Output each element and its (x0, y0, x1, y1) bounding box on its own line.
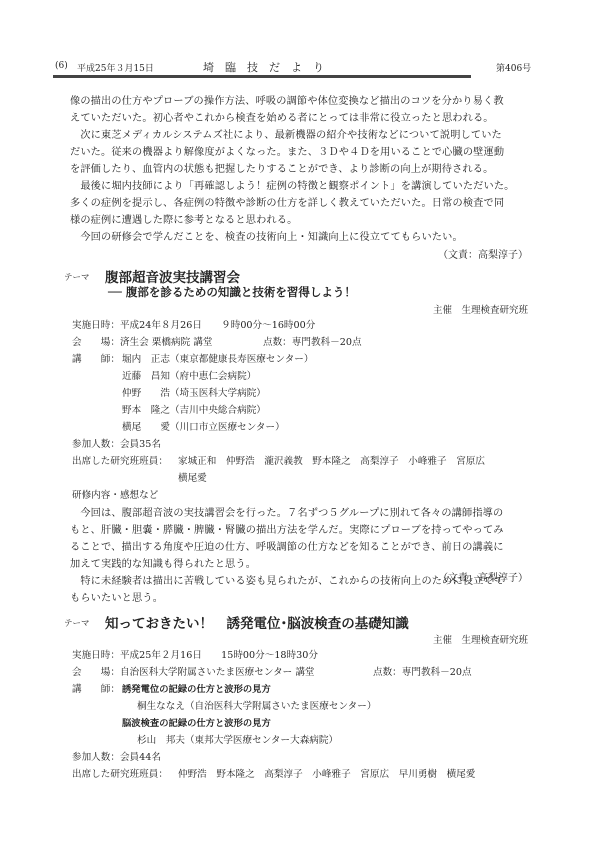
organizer: 主催 生理検査研究班 (433, 302, 528, 316)
date-label: 実施日時： (72, 650, 120, 661)
members-list: 横尾愛 (178, 470, 207, 488)
members-label: 出席した研究班班員： (72, 453, 168, 471)
attendance: 参加人数：会員35名 (72, 436, 161, 454)
venue: 会 場：自治医科大学附属さいたま医療センター 講堂 (72, 664, 315, 682)
lecturer: 横尾 愛（川口市立医療センター） (122, 419, 285, 437)
lecturer: 杉山 邦夫（東邦大学医療センター大森病院） (137, 732, 338, 750)
newsletter-title: 埼 臨 技 だ よ り (203, 59, 324, 75)
date-value: 平成24年８月26日 ９時00分〜16時00分 (120, 320, 315, 331)
attendance: 参加人数：会員44名 (72, 749, 161, 767)
venue-label: 会 場： (72, 337, 120, 348)
members-list: 仲野浩 野本隆之 高梨淳子 小峰雅子 宮原広 早川勇樹 横尾愛 (178, 766, 475, 784)
paragraph-line: えていただいた。初心者やこれから検査を始める者にとっては非常に役立ったと思われる… (70, 110, 494, 127)
lecturer: 堀内 正志（東京都健康長寿医療センター） (122, 351, 314, 369)
author-credit: （文責：高梨淳子） (438, 246, 528, 261)
paragraph-line: を評価したり、血管内の状態も把握したりすることができ、より診断の向上が期待される… (70, 161, 493, 178)
paragraph-line: 加えて実践的な知識も得られたと思う。 (70, 556, 256, 573)
issue-number: 第406号 (496, 61, 531, 74)
lecturer-label: 講 師： (72, 681, 120, 699)
members-label: 出席した研究班班員： (72, 766, 168, 784)
venue: 会 場：済生会 栗橋病院 講堂 (72, 334, 212, 352)
theme-label: テーマ (64, 271, 90, 283)
header-rule (53, 75, 471, 78)
lecturer-label: 講 師： (72, 351, 120, 369)
author-credit: （文責：高梨淳子） (438, 569, 528, 584)
date-value: 平成25年２月16日 15時00分〜18時30分 (120, 650, 318, 661)
paragraph-line: もと、肝臓・胆嚢・膵臓・脾臓・腎臓の描出方法を学んだ。実際にプローブを持ってやっ… (70, 522, 504, 539)
page-number: (6) (55, 61, 68, 71)
credit-points: 点数：専門教科－20点 (263, 334, 362, 352)
paragraph-line: 最後に堀内技師により「再確認しよう！症例の特徴と観察ポイント」を講演していただい… (70, 178, 515, 195)
venue-label: 会 場： (72, 667, 120, 678)
organizer: 主催 生理検査研究班 (433, 632, 528, 646)
paragraph-line: 今回の研修会で学んだことを、検査の技術向上・知識向上に役立ててもらいたい。 (70, 229, 463, 246)
issue-date: 平成25年３月15日 (77, 61, 154, 74)
paragraph-line: 多くの症例を提示し、各症例の特徴や診断の仕方を詳しく教えていただいた。日常の検査… (70, 195, 504, 212)
paragraph-line: 今回は、腹部超音波の実技講習会を行った。７名ずつ５グループに別れて各々の講師指導… (70, 505, 503, 522)
content-label: 研修内容・感想など (72, 487, 158, 505)
paragraph-line: 次に東芝メディカルシステムズ社により、最新機器の紹介や技術などについて説明してい… (70, 127, 502, 144)
lecturer: 近藤 昌知（府中恵仁会病院） (122, 368, 256, 386)
section-title: 腹部超音波実技講習会 (105, 266, 240, 286)
credit-points: 点数：専門教科－20点 (373, 664, 472, 682)
lecturer: 桐生ななえ（自治医科大学附属さいたま医療センター） (137, 698, 376, 716)
lecture-title: 脳波検査の記録の仕方と波形の見方 (122, 715, 271, 733)
paragraph-line: 像の描出の仕方やプローブの操作方法、呼吸の調節や体位変換など描出のコツを分かり易… (70, 93, 504, 110)
section-title: 知っておきたい！ 誘発電位･脳波検査の基礎知識 (105, 612, 409, 632)
event-date: 実施日時：平成24年８月26日 ９時00分〜16時00分 (72, 317, 315, 335)
venue-value: 自治医科大学附属さいたま医療センター 講堂 (120, 667, 315, 678)
members-list: 家城正和 仲野浩 瀧沢義教 野本隆之 高梨淳子 小峰雅子 宮原広 (178, 453, 485, 471)
venue-value: 済生会 栗橋病院 講堂 (120, 337, 212, 348)
paragraph-line: だいた。従来の機器より解像度がよくなった。また、３Ｄや４Ｄを用いることで心臓の壁… (70, 144, 504, 161)
paragraph-line: もらいたいと思う。 (70, 590, 163, 607)
lecturer: 野本 隆之（吉川中央総合病院） (122, 402, 266, 420)
lecture-title: 誘発電位の記録の仕方と波形の見方 (122, 681, 271, 699)
paragraph-line: ることで、描出する角度や圧迫の仕方、呼吸調節の仕方などを知ることができ、前日の講… (70, 539, 504, 556)
theme-label: テーマ (64, 617, 90, 629)
date-label: 実施日時： (72, 320, 120, 331)
section-subtitle: ── 腹部を診るための知識と技術を習得しよう！ (108, 284, 356, 300)
paragraph-line: 様の症例に遭遇した際に参考となると思われる。 (70, 212, 297, 229)
lecturer: 仲野 浩（埼玉医科大学病院） (122, 385, 266, 403)
event-date: 実施日時：平成25年２月16日 15時00分〜18時30分 (72, 647, 318, 665)
